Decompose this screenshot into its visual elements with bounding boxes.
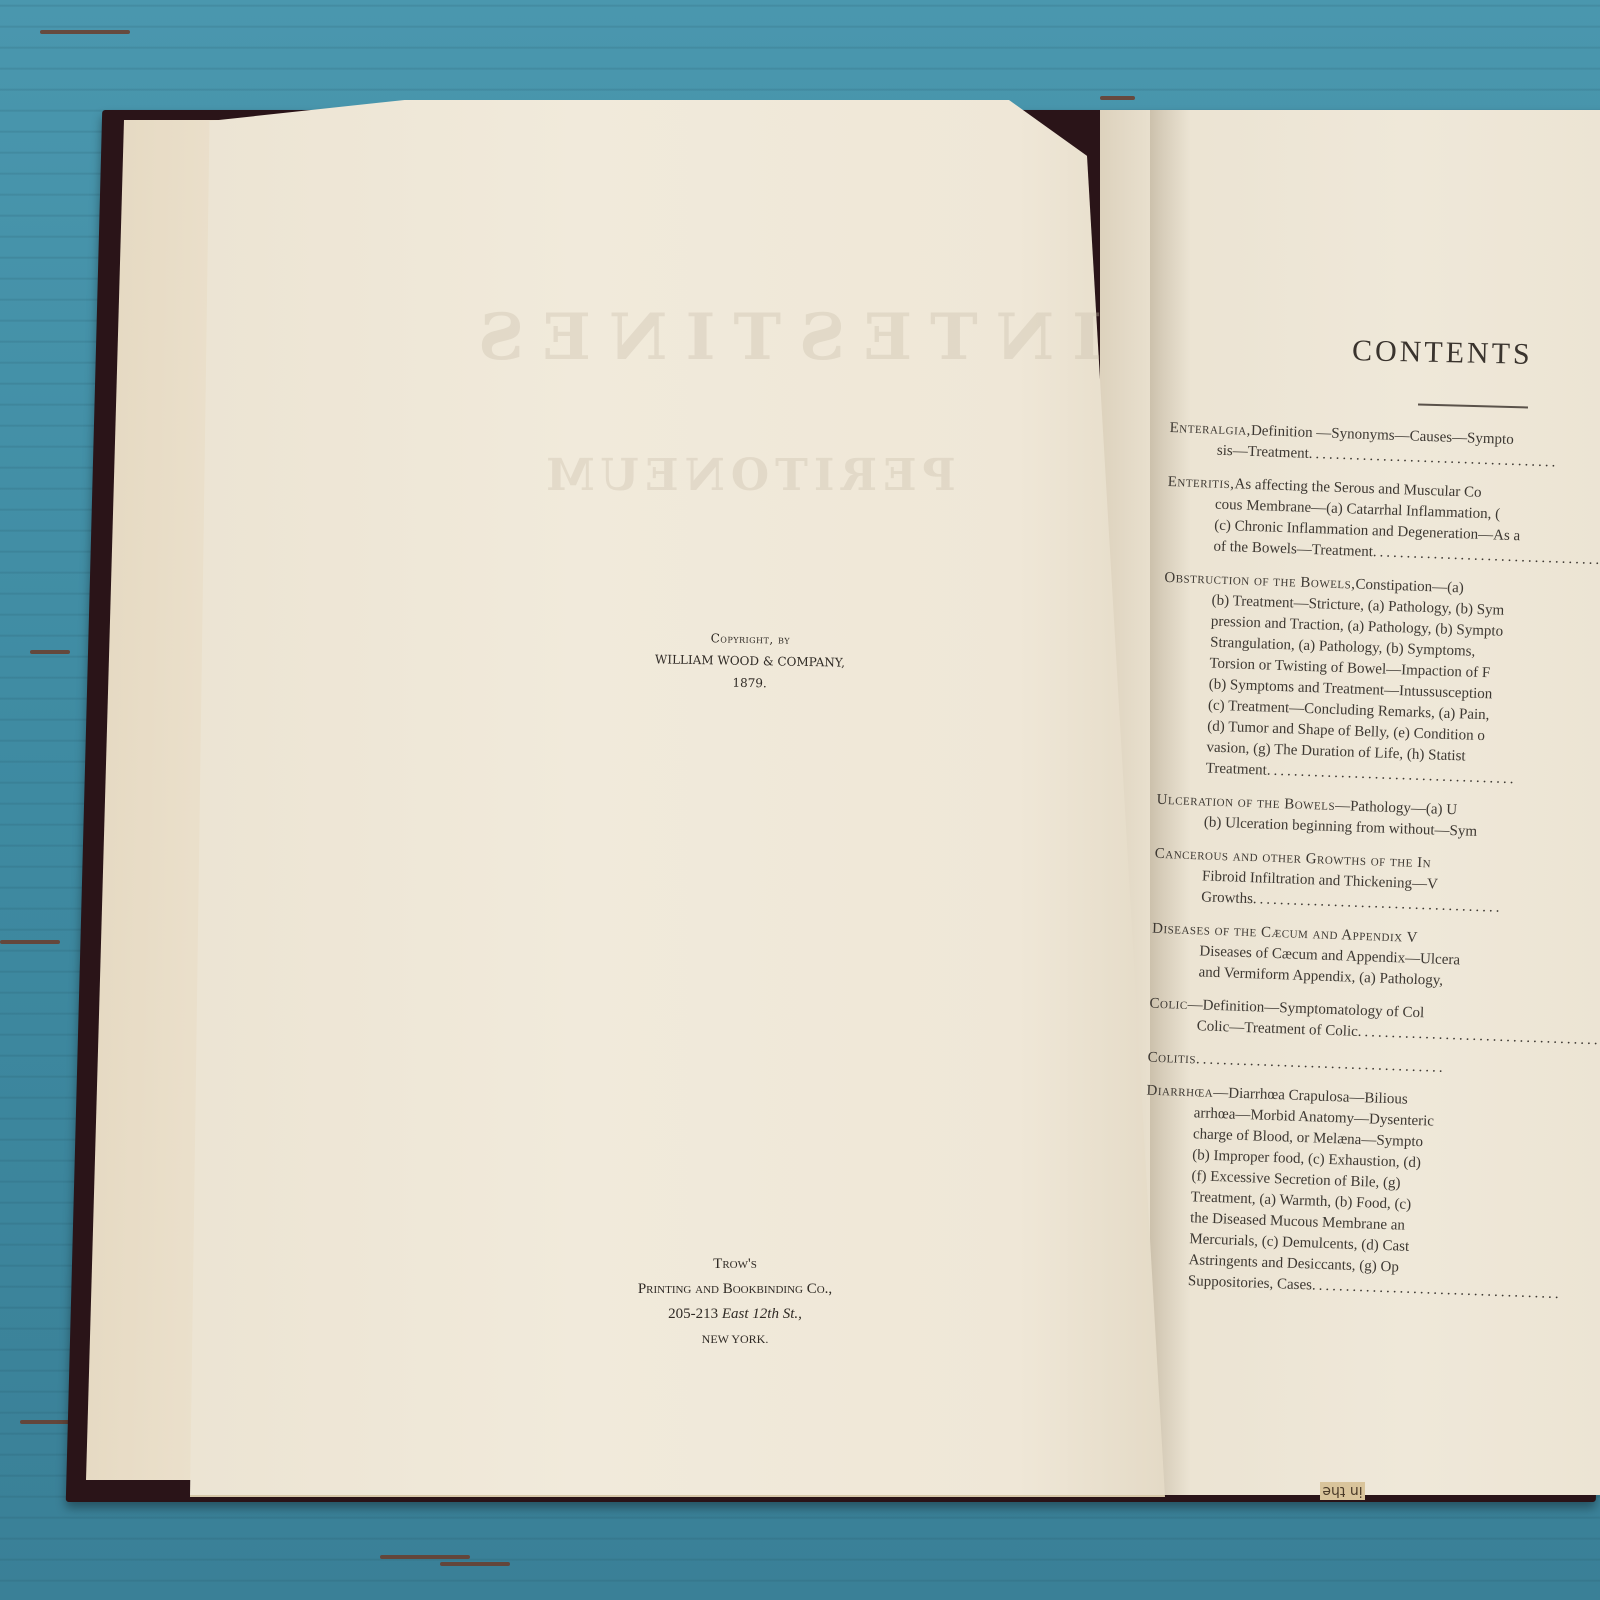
paint-scratch (440, 1562, 510, 1566)
toc-heading: Enteralgia, (1169, 420, 1251, 439)
spine-label-fragment: in the (1320, 1482, 1365, 1500)
paint-scratch (1100, 96, 1135, 100)
toc-text: of the Bowels—Treatment (1213, 539, 1373, 561)
toc-entry: Colic—Definition—Symptomatology of ColCo… (1148, 994, 1600, 1054)
printer-address: 205-213 East 12th St., (575, 1302, 895, 1327)
show-through-title: INTESTINES (460, 300, 1102, 375)
paint-scratch (40, 30, 130, 34)
toc-entry: Enteritis,As affecting the Serous and Mu… (1165, 472, 1600, 574)
toc-heading: Ulceration of the Bowels (1156, 792, 1335, 814)
toc-entry: Diseases of the Cæcum and Appendix VDise… (1150, 919, 1600, 1000)
toc-entry: Cancerous and other Growths of the InFib… (1153, 844, 1600, 925)
show-through-subtitle: PERITONEUM (540, 450, 956, 501)
printer-imprint: Trow's Printing and Bookbinding Co., 205… (575, 1252, 895, 1352)
toc-heading: Diarrhœa (1146, 1083, 1213, 1101)
toc-entry: Ulceration of the Bowels—Pathology—(a) U… (1156, 790, 1600, 850)
address-street: East 12th St., (722, 1306, 802, 1322)
toc-entry: Diarrhœa—Diarrhœa Crapulosa—Biliousarrhœ… (1140, 1081, 1600, 1309)
toc-text: —Pathology—(a) U (1335, 798, 1458, 818)
toc-text: Colic—Treatment of Colic (1197, 1018, 1359, 1040)
toc-text: sis—Treatment (1217, 443, 1309, 462)
toc-text: Growths (1201, 889, 1253, 907)
toc-heading: Enteritis, (1167, 474, 1234, 492)
contents-title: CONTENTS (1352, 334, 1533, 372)
toc-heading: Colic (1149, 996, 1188, 1013)
toc-line: Colitis.................................… (1147, 1048, 1600, 1087)
paint-scratch (30, 650, 70, 654)
paint-scratch (0, 940, 60, 944)
toc-entry: Obstruction of the Bowels,Constipation—(… (1157, 568, 1600, 796)
leader-dots: ..................................... (1196, 1051, 1446, 1076)
copyright-notice: Copyright, by WILLIAM WOOD & COMPANY, 18… (599, 625, 900, 696)
printer-name: Trow's (575, 1252, 895, 1277)
paint-scratch (380, 1555, 470, 1559)
toc-heading: Colitis (1147, 1050, 1196, 1068)
printer-city: NEW YORK. (575, 1327, 895, 1352)
toc-text: Suppositories, Cases (1188, 1273, 1313, 1293)
table-of-contents: Enteralgia,Definition —Synonyms—Causes—S… (1139, 418, 1600, 1321)
address-number: 205-213 (668, 1306, 718, 1322)
toc-heading: Obstruction of the Bowels, (1164, 570, 1356, 593)
toc-entry: Colitis.................................… (1147, 1048, 1600, 1087)
toc-text: Constipation—(a) (1355, 577, 1464, 597)
toc-text: Treatment (1206, 760, 1268, 778)
printer-company: Printing and Bookbinding Co., (575, 1277, 895, 1302)
